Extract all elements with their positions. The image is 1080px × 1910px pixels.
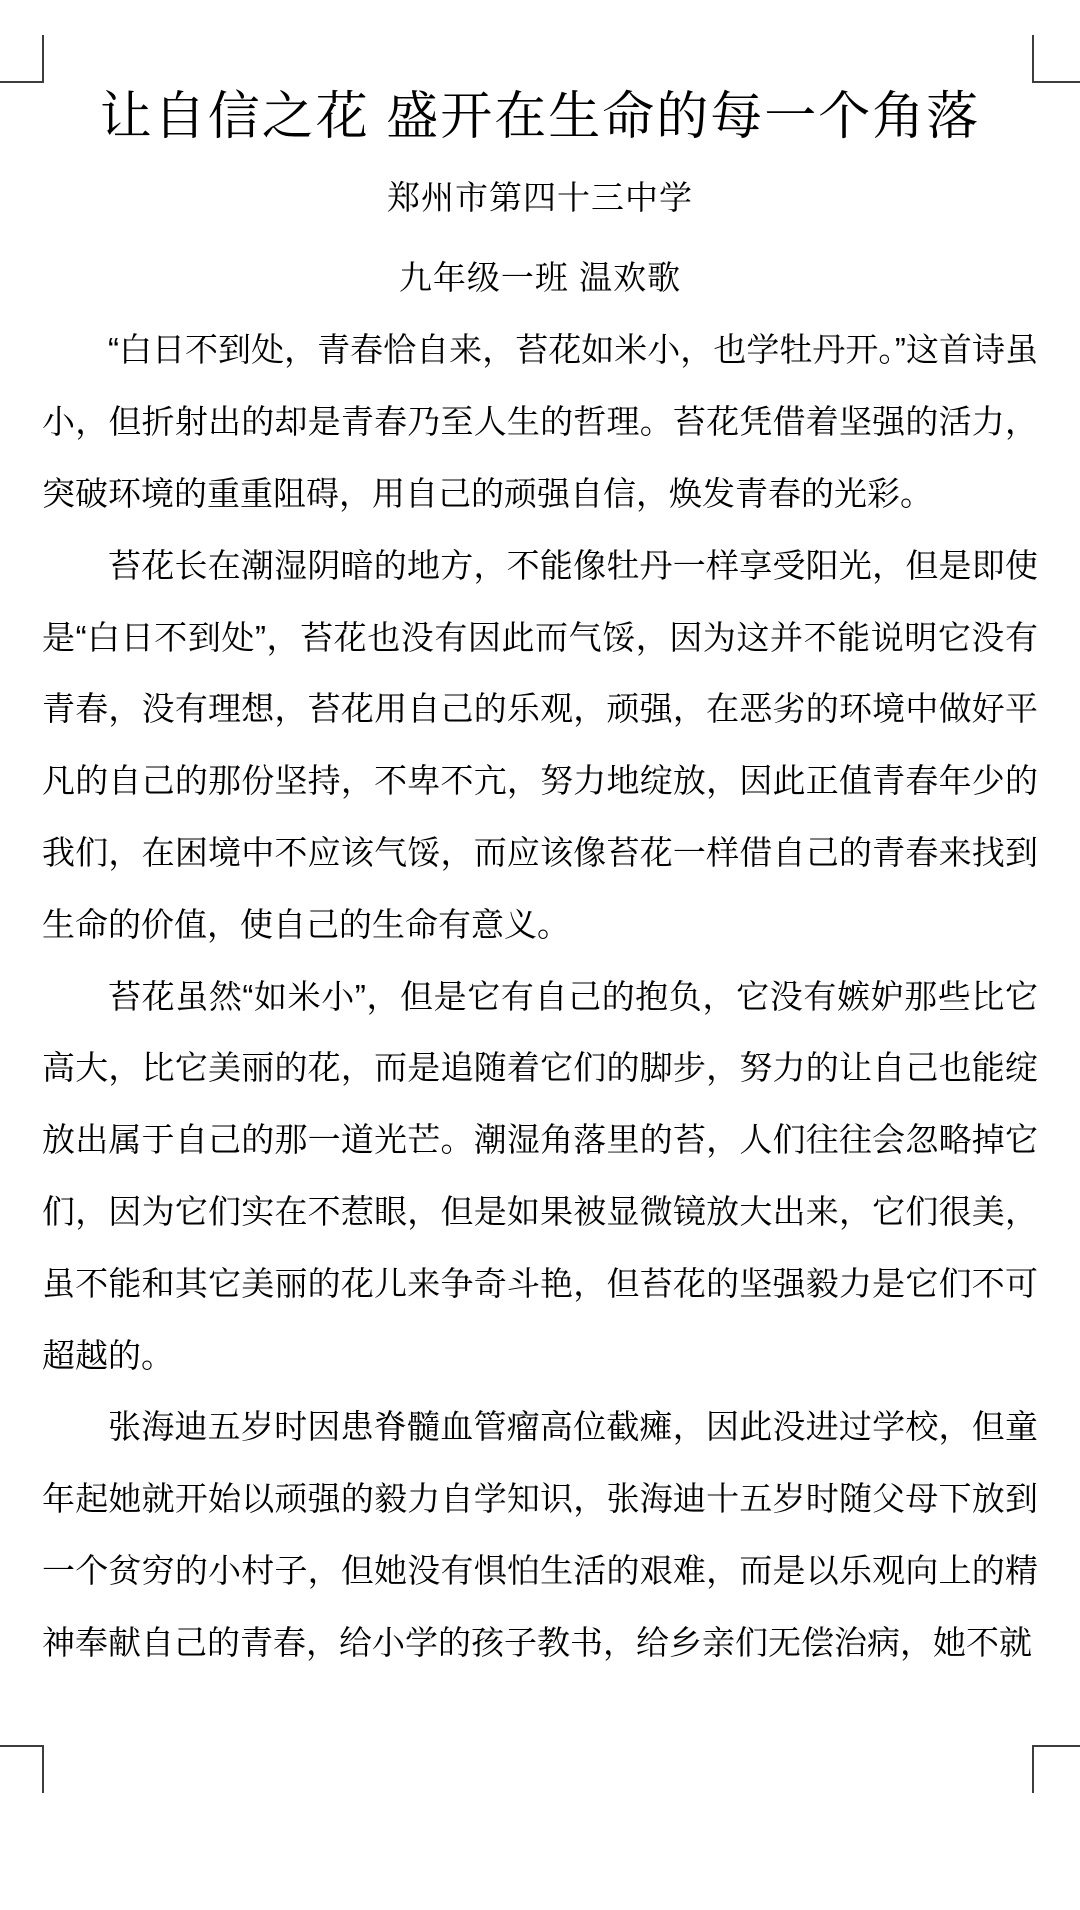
essay-body: “白日不到处，青春恰自来，苔花如米小，也学牡丹开。”这首诗虽小，但折射出的却是青… xyxy=(42,314,1038,1678)
essay-paragraph-2: 苔花长在潮湿阴暗的地方，不能像牡丹一样享受阳光，但是即使是“白日不到处”，苔花也… xyxy=(42,530,1038,961)
school-name-line: 郑州市第四十三中学 xyxy=(42,178,1038,218)
crop-mark-top-left-icon xyxy=(0,35,44,83)
essay-title: 让自信之花 盛开在生命的每一个角落 xyxy=(42,86,1038,148)
document-page: 让自信之花 盛开在生命的每一个角落 郑州市第四十三中学 九年级一班 温欢歌 “白… xyxy=(0,0,1080,1910)
author-line: 九年级一班 温欢歌 xyxy=(42,258,1038,298)
crop-mark-top-right-icon xyxy=(1032,35,1080,83)
essay-paragraph-1: “白日不到处，青春恰自来，苔花如米小，也学牡丹开。”这首诗虽小，但折射出的却是青… xyxy=(42,314,1038,529)
essay-paragraph-4: 张海迪五岁时因患脊髓血管瘤高位截瘫，因此没进过学校，但童年起她就开始以顽强的毅力… xyxy=(42,1391,1038,1678)
document-content: 让自信之花 盛开在生命的每一个角落 郑州市第四十三中学 九年级一班 温欢歌 “白… xyxy=(42,0,1038,1679)
essay-paragraph-3: 苔花虽然“如米小”，但是它有自己的抱负，它没有嫉妒那些比它高大，比它美丽的花，而… xyxy=(42,961,1038,1392)
crop-mark-bottom-right-icon xyxy=(1032,1745,1080,1793)
crop-mark-bottom-left-icon xyxy=(0,1745,44,1793)
